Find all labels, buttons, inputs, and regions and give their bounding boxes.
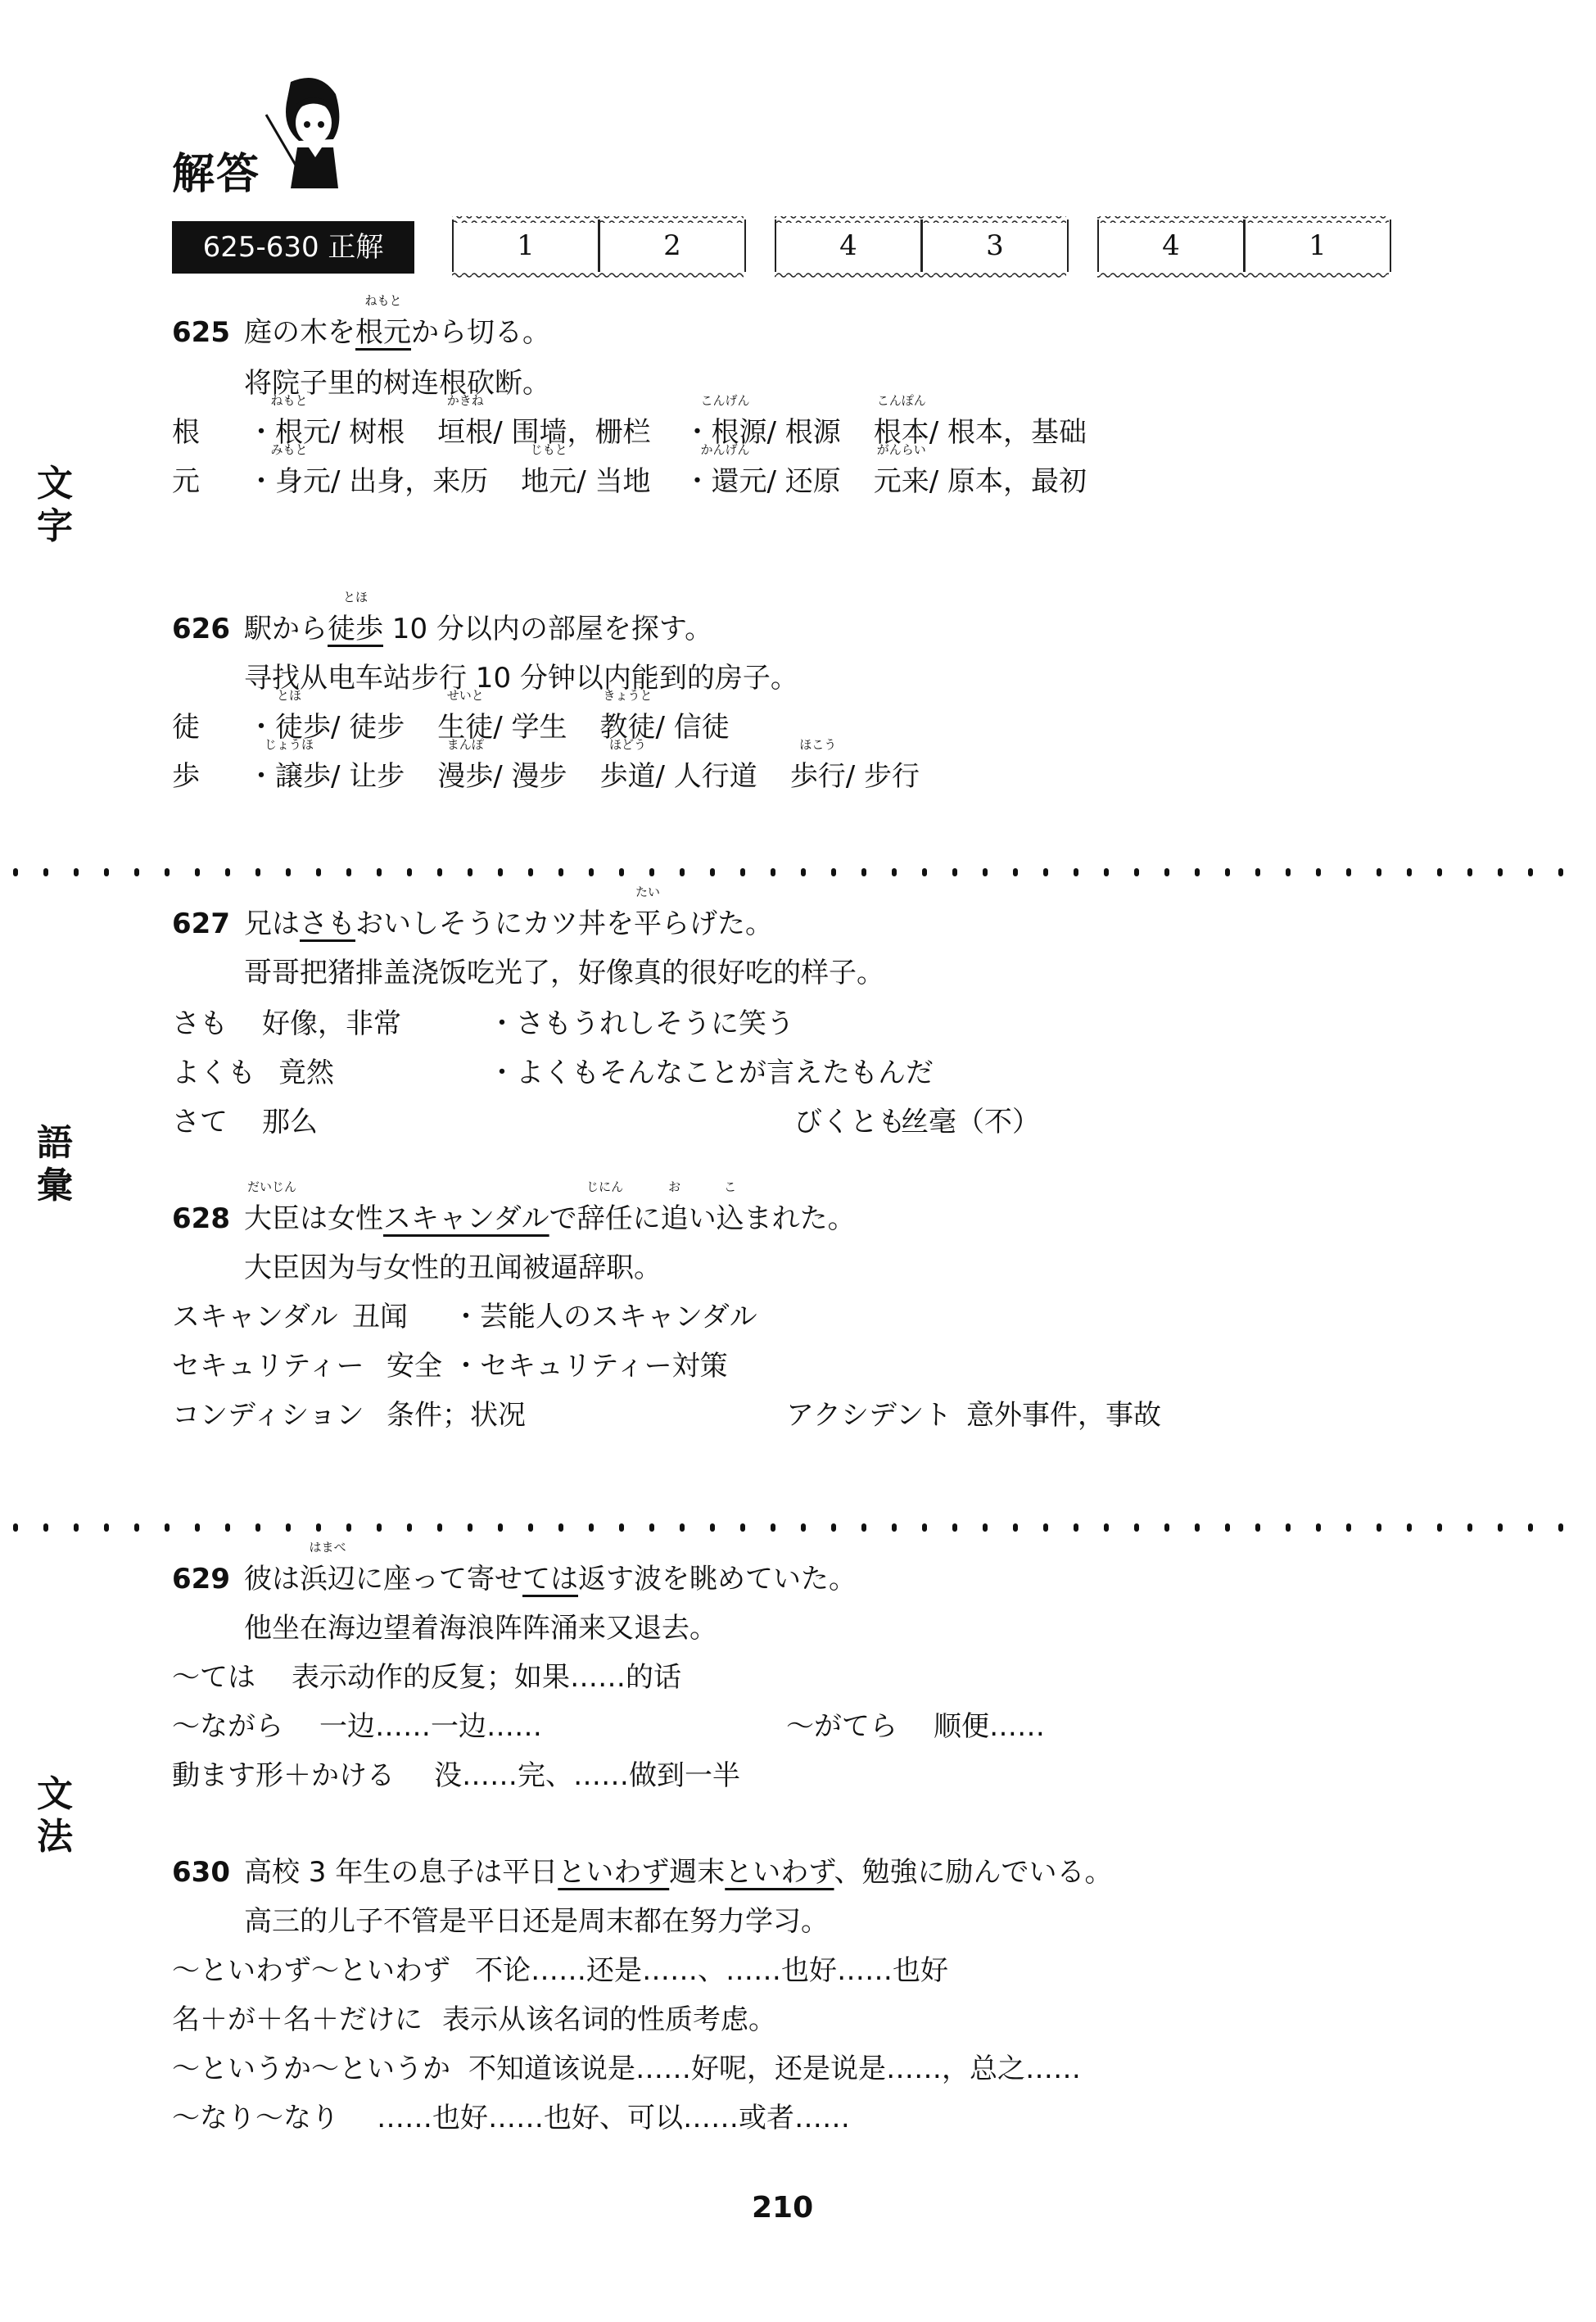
q626-sentence: 626駅からとほ徒歩 10 分以内の部屋を探す。 xyxy=(172,606,712,646)
answer-628: 3 xyxy=(922,220,1069,272)
answer-box-625-626: 1 2 xyxy=(452,220,746,275)
q627-vocab-row: さて那么びくとも丝毫（不） xyxy=(172,1099,1040,1139)
q626-kanji-row-2: 歩じょうほ・譲歩/ 让步まんぽ漫歩/ 漫步ほどう歩道/ 人行道ほこう歩行/ 步行 xyxy=(172,754,920,794)
q630-grammar-row: ～といわず～といわず不论……还是……、……也好……也好 xyxy=(172,1948,948,1988)
section-label-bunpo: 文法 xyxy=(34,1773,75,1858)
answer-625: 1 xyxy=(452,220,599,272)
q629-translation: 他坐在海边望着海浪阵阵涌来又退去。 xyxy=(244,1605,717,1645)
answer-box-629-630: 4 1 xyxy=(1097,220,1391,275)
q628-sentence: 628だいじん大臣は女性スキャンダルでじにん辞任にお追いこ込まれた。 xyxy=(172,1196,856,1236)
answer-box-627-628: 4 3 xyxy=(775,220,1069,275)
answer-626: 2 xyxy=(599,220,746,272)
teacher-mascot-icon xyxy=(242,66,373,197)
page-number: 210 xyxy=(752,2191,813,2225)
q628-translation: 大臣因为与女性的丑闻被逼辞职。 xyxy=(244,1245,662,1285)
answer-627: 4 xyxy=(775,220,922,272)
section-label-goi: 語彙 xyxy=(34,1122,75,1207)
section-divider-dots xyxy=(13,864,1596,872)
q628-vocab-row: コンディション条件；状况アクシデント意外事件，事故 xyxy=(172,1392,1161,1433)
q630-grammar-row: 名＋が＋名＋だけに表示从该名词的性质考虑。 xyxy=(172,1997,776,2037)
section-label-moji: 文字 xyxy=(34,463,75,548)
q627-translation: 哥哥把猪排盖浇饭吃光了，好像真的很好吃的样子。 xyxy=(244,950,884,990)
q629-grammar-row: ～ては表示动作的反复；如果……的话 xyxy=(172,1654,681,1695)
answer-range-label: 625-630 正解 xyxy=(172,221,414,274)
q629-grammar-row: 動ます形＋かける没……完、……做到一半 xyxy=(172,1753,740,1793)
q627-sentence: 627兄はさもおいしそうにカツ丼をたい平らげた。 xyxy=(172,901,773,941)
q628-vocab-row: セキュリティー安全・セキュリティー対策 xyxy=(172,1343,728,1383)
answer-630: 1 xyxy=(1245,220,1391,272)
q628-vocab-row: スキャンダル丑闻・芸能人のスキャンダル xyxy=(172,1294,757,1334)
q627-vocab-row: よくも竟然・よくもそんなことが言えたもんだ xyxy=(172,1050,934,1090)
q625-sentence: 625庭の木をねもと根元から切る。 xyxy=(172,310,550,350)
q629-grammar-row: ～ながら一边……一边……～がてら顺便…… xyxy=(172,1704,1045,1744)
q630-grammar-row: ～なり～なり……也好……也好、可以……或者…… xyxy=(172,2095,850,2135)
section-divider-dots xyxy=(13,1519,1596,1528)
q627-vocab-row: さも好像，非常・さもうれしそうに笑う xyxy=(172,1001,794,1041)
q625-kanji-row-2: 元みもと・身元/ 出身，来历じもと地元/ 当地かんげん・還元/ 还原がんらい元来… xyxy=(172,459,1087,499)
answer-629: 4 xyxy=(1097,220,1245,272)
q630-sentence: 630高校 3 年生の息子は平日といわず週末といわず、勉強に励んでいる。 xyxy=(172,1849,1113,1890)
q630-grammar-row: ～というか～というか不知道该说是……好呢，还是说是……，总之…… xyxy=(172,2046,1081,2086)
q629-sentence: 629彼ははまべ浜辺に座って寄せては返す波を眺めていた。 xyxy=(172,1556,857,1596)
q630-translation: 高三的儿子不管是平日还是周末都在努力学习。 xyxy=(244,1899,829,1939)
